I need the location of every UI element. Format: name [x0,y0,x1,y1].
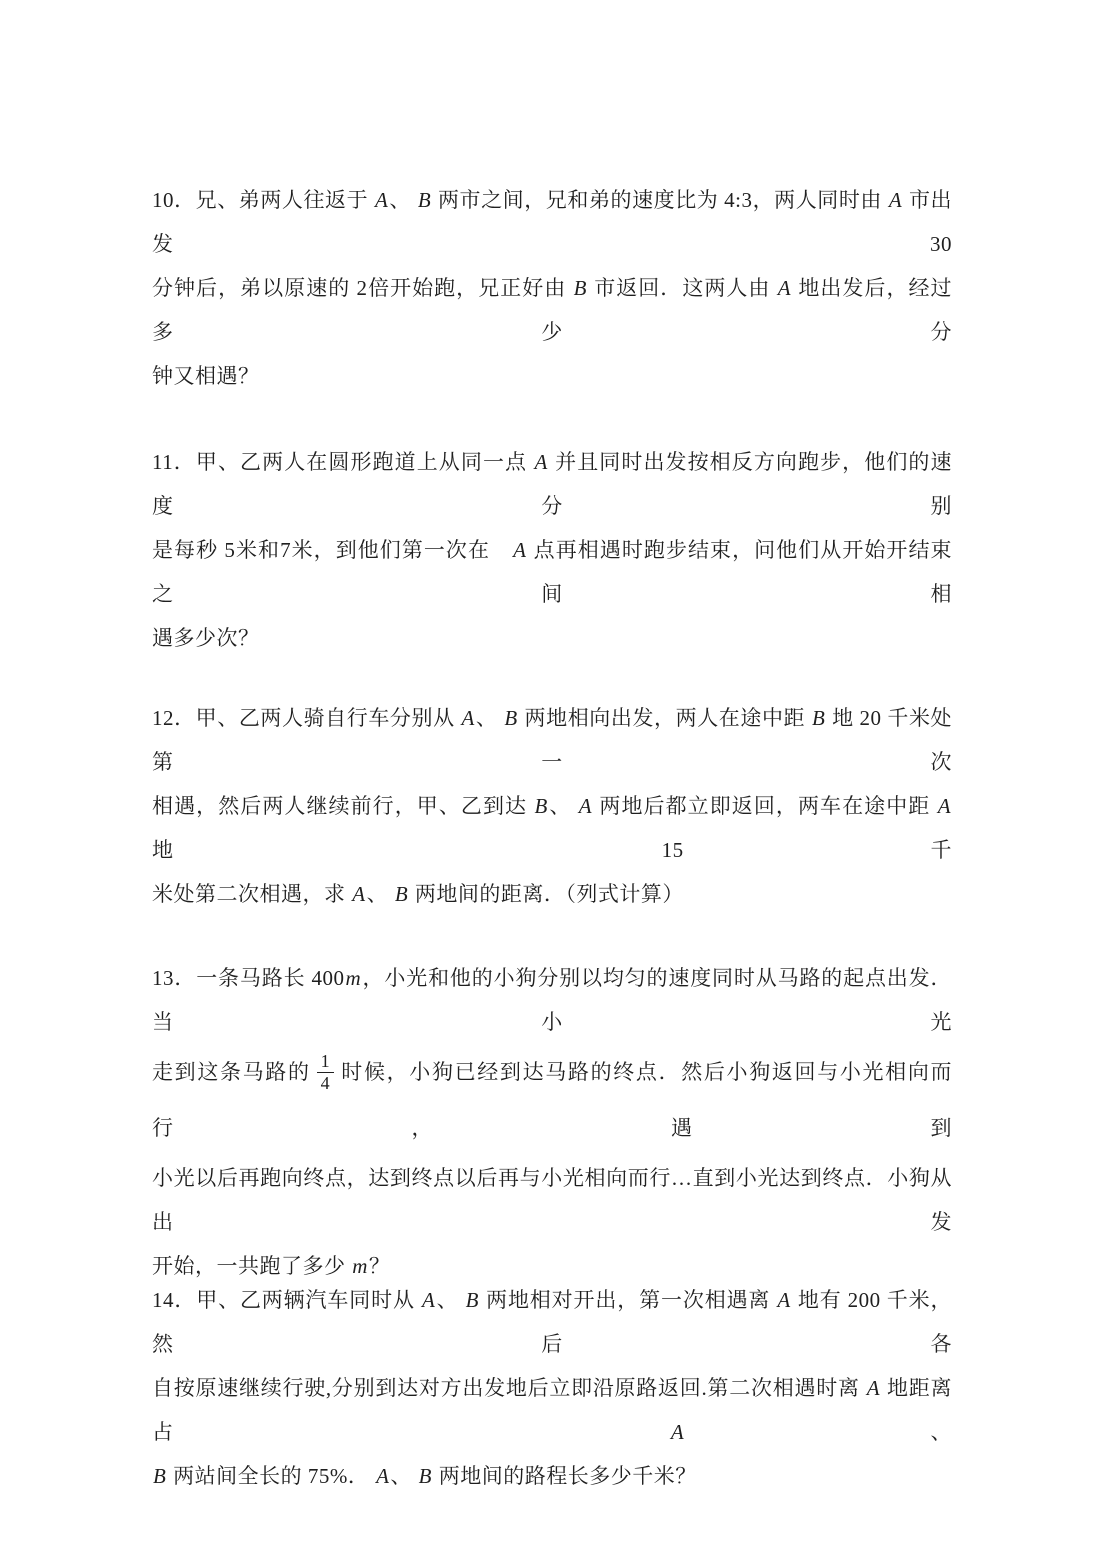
problem-14: 14．甲、乙两辆汽车同时从 A、 B 两地相对开出，第一次相遇离 A 地有 20… [152,1278,952,1498]
problem-12-line-1: 12．甲、乙两人骑自行车分别从 A、 B 两地相向出发，两人在途中距 B 地 2… [152,696,952,784]
problem-12-line-2: 相遇，然后两人继续前行，甲、乙到达 B、 A 两地后都立即返回，两车在途中距 A… [152,784,952,872]
problem-10: 10．兄、弟两人往返于 A、 B 两市之间，兄和弟的速度比为 4:3，两人同时由… [152,178,952,398]
problem-14-line-3: B 两站间全长的 75%． A、 B 两地间的路程长多少千米？ [152,1454,952,1498]
problem-10-line-3: 钟又相遇？ [152,354,952,398]
problem-11-line-1: 11．甲、乙两人在圆形跑道上从同一点 A 并且同时出发按相反方向跑步，他们的速度… [152,440,952,528]
fraction-numerator: 1 [317,1051,335,1072]
problem-11-line-2: 是每秒 5米和7米，到他们第一次在 A 点再相遇时跑步结束，问他们从开始开结束之… [152,528,952,616]
problem-13: 13．一条马路长 400m，小光和他的小狗分别以均匀的速度同时从马路的起点出发．… [152,956,952,1288]
problem-11-line-3: 遇多少次？ [152,616,952,660]
fraction-one-quarter: 14 [317,1051,335,1093]
problem-12: 12．甲、乙两人骑自行车分别从 A、 B 两地相向出发，两人在途中距 B 地 2… [152,696,952,916]
problem-10-line-1: 10．兄、弟两人往返于 A、 B 两市之间，兄和弟的速度比为 4:3，两人同时由… [152,178,952,266]
fraction-denominator: 4 [317,1072,335,1094]
problem-13-line-1: 13．一条马路长 400m，小光和他的小狗分别以均匀的速度同时从马路的起点出发．… [152,956,952,1044]
problem-13-line-3: 小光以后再跑向终点，达到终点以后再与小光相向而行…直到小光达到终点．小狗从出发 [152,1156,952,1244]
problem-13-line-2-pre: 走到这条马路的 [152,1060,311,1084]
problem-12-line-3: 米处第二次相遇，求 A、 B 两地间的距离．（列式计算） [152,872,952,916]
problem-13-line-2: 走到这条马路的14时候，小狗已经到达马路的终点．然后小狗返回与小光相向而行，遇到 [152,1044,952,1156]
document-page: 10．兄、弟两人往返于 A、 B 两市之间，兄和弟的速度比为 4:3，两人同时由… [0,0,1102,1559]
problem-14-line-2: 自按原速继续行驶,分别到达对方出发地后立即沿原路返回.第二次相遇时离 A 地距离… [152,1366,952,1454]
problem-14-line-1: 14．甲、乙两辆汽车同时从 A、 B 两地相对开出，第一次相遇离 A 地有 20… [152,1278,952,1366]
problem-10-line-2: 分钟后，弟以原速的 2倍开始跑，兄正好由 B 市返回．这两人由 A 地出发后，经… [152,266,952,354]
problem-11: 11．甲、乙两人在圆形跑道上从同一点 A 并且同时出发按相反方向跑步，他们的速度… [152,440,952,660]
